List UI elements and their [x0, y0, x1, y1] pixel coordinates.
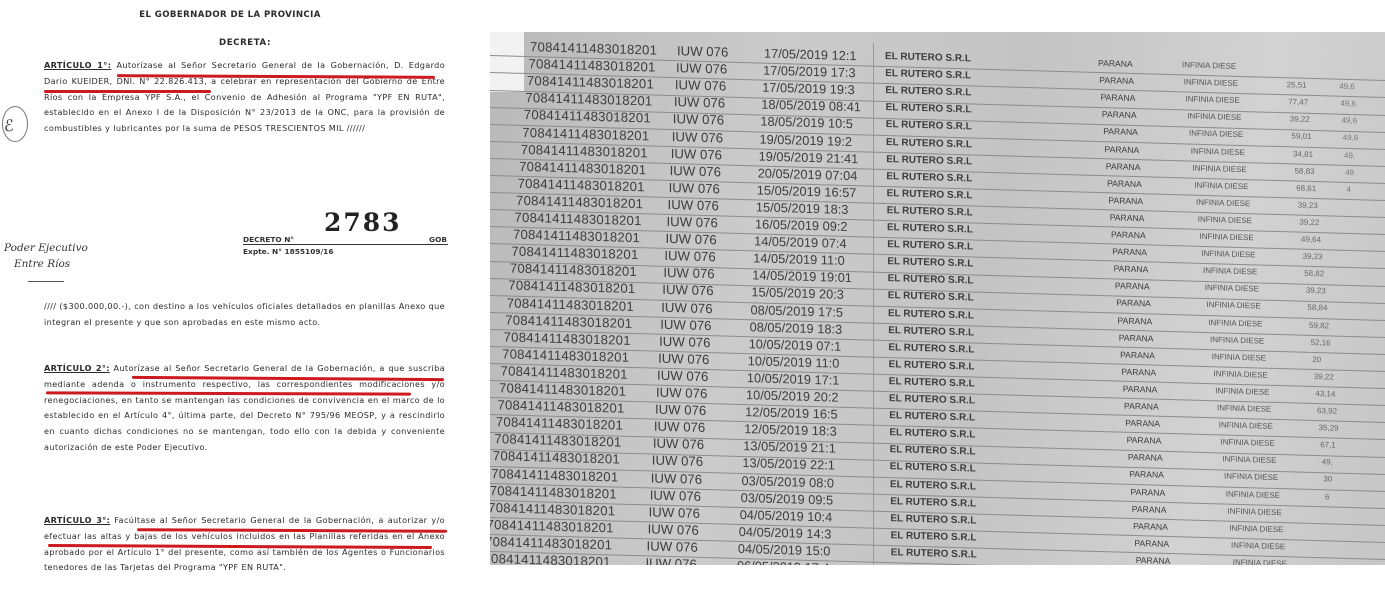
cell-city: PARANA — [1119, 332, 1154, 343]
cell-city: PARANA — [1132, 504, 1167, 515]
cell-station: EL RUTERO S.R.L — [885, 85, 971, 98]
cell-date: 10/05/2019 11:0 — [748, 353, 840, 371]
cell-plate: IUW 076 — [671, 146, 722, 162]
cell-station: EL RUTERO S.R.L — [888, 273, 974, 286]
cell-station: EL RUTERO S.R.L — [887, 256, 973, 269]
cell-station: EL RUTERO S.R.L — [886, 137, 972, 150]
cell-amount: 63,92 — [1317, 406, 1337, 416]
cell-plate: IUW 076 — [668, 197, 719, 213]
cell-city: PARANA — [1134, 538, 1169, 549]
cell-city: PARANA — [1118, 315, 1153, 326]
cell-product: INFINIA DIESE — [1201, 249, 1255, 260]
cell-amount: 49, — [1322, 458, 1333, 467]
cell-amount: 30 — [1323, 475, 1332, 484]
cell-city: PARANA — [1101, 92, 1136, 103]
cell-station: EL RUTERO S.R.L — [890, 479, 976, 492]
cell-station: EL RUTERO S.R.L — [888, 291, 974, 304]
cell-price: 49,6 — [1340, 99, 1356, 108]
letterhead-line-1: Poder Ejecutivo — [4, 242, 88, 254]
cell-plate: IUW 076 — [663, 265, 714, 281]
cell-station: EL RUTERO S.R.L — [891, 530, 977, 543]
cell-plate: IUW 076 — [657, 368, 708, 384]
cell-amount: 25,51 — [1287, 80, 1307, 90]
cell-station: EL RUTERO S.R.L — [891, 564, 977, 565]
decree-number-label: DECRETO N° — [243, 235, 294, 244]
cell-product: INFINIA DIESE — [1194, 180, 1248, 191]
cell-station: EL RUTERO S.R.L — [890, 462, 976, 475]
cell-product: INFINIA DIESE — [1205, 283, 1259, 294]
cell-date: 18/05/2019 10:5 — [760, 114, 853, 132]
cell-city: PARANA — [1098, 58, 1133, 69]
cell-date: 10/05/2019 07:1 — [749, 336, 842, 354]
cell-product: INFINIA DIESE — [1215, 386, 1269, 397]
cell-plate: IUW 076 — [647, 538, 698, 554]
cell-date: 03/05/2019 09:5 — [741, 490, 834, 508]
article-1-label: ARTÍCULO 1°: — [44, 60, 111, 70]
cell-amount: 58,83 — [1295, 166, 1315, 176]
cell-product: INFINIA DIESE — [1219, 420, 1273, 431]
cell-city: PARANA — [1099, 75, 1134, 86]
cell-product: INFINIA DIESE — [1191, 146, 1245, 157]
cell-city: PARANA — [1102, 109, 1137, 120]
decree-subheading: DECRETA: — [0, 38, 460, 48]
cell-plate: IUW 076 — [656, 385, 707, 401]
cell-date: 12/05/2019 18:3 — [744, 421, 837, 439]
cell-city: PARANA — [1127, 435, 1162, 446]
cell-city: PARANA — [1120, 349, 1155, 360]
cell-station: EL RUTERO S.R.L — [889, 376, 975, 389]
cell-product: INFINIA DIESE — [1200, 232, 1254, 243]
cell-amount: 59,01 — [1291, 132, 1311, 142]
cell-date: 08/05/2019 18:3 — [750, 319, 843, 337]
cell-city: PARANA — [1129, 469, 1164, 480]
cell-date: 10/05/2019 20:2 — [746, 387, 839, 405]
cell-station: EL RUTERO S.R.L — [888, 325, 974, 338]
cell-amount: 58,82 — [1304, 269, 1324, 279]
cell-plate: IUW 076 — [672, 129, 723, 145]
cell-station: EL RUTERO S.R.L — [888, 342, 974, 355]
cell-date: 15/05/2019 18:3 — [756, 199, 849, 217]
cell-plate: IUW 076 — [677, 43, 728, 59]
cell-plate: IUW 076 — [660, 316, 711, 332]
cell-city: PARANA — [1131, 486, 1166, 497]
decree-scan: EL GOBERNADOR DE LA PROVINCIA DECRETA: ℰ… — [0, 0, 460, 604]
cell-plate: IUW 076 — [649, 504, 700, 520]
seal-emblem-icon: ℰ — [4, 116, 14, 135]
cell-card: 70841411483018201 — [490, 551, 611, 565]
cell-product: INFINIA DIESE — [1208, 318, 1262, 329]
cell-date: 18/05/2019 08:41 — [761, 97, 861, 115]
cell-city: PARANA — [1112, 246, 1147, 257]
article-1-text: Autorízase al Señor Secretario General d… — [44, 60, 445, 133]
cell-amount: 20 — [1312, 355, 1321, 364]
cell-price: 49,6 — [1343, 133, 1359, 142]
cell-date: 06/05/2019 17:4 — [737, 558, 830, 565]
cell-plate: IUW 076 — [674, 94, 725, 110]
cell-date: 14/05/2019 07:4 — [754, 233, 847, 251]
cell-city: PARANA — [1105, 144, 1140, 155]
cell-plate: IUW 076 — [658, 350, 709, 366]
cell-plate: IUW 076 — [646, 555, 697, 565]
cell-amount: 39,22 — [1314, 372, 1334, 382]
cell-plate: IUW 076 — [673, 111, 724, 127]
cell-date: 04/05/2019 15:0 — [738, 541, 831, 559]
cell-city: PARANA — [1121, 366, 1156, 377]
cell-amount: 77,47 — [1288, 97, 1308, 107]
cell-station: EL RUTERO S.R.L — [888, 308, 974, 321]
cell-date: 17/05/2019 12:1 — [764, 46, 857, 64]
cell-product: INFINIA DIESE — [1193, 163, 1247, 174]
cell-price: 49,6 — [1342, 116, 1358, 125]
cell-date: 17/05/2019 19:3 — [762, 80, 855, 98]
cell-station: EL RUTERO S.R.L — [887, 222, 973, 235]
cell-city: PARANA — [1111, 229, 1146, 240]
cell-date: 15/05/2019 20:3 — [751, 285, 844, 303]
cell-station: EL RUTERO S.R.L — [887, 188, 973, 201]
cell-plate: IUW 076 — [652, 453, 703, 469]
cell-product: INFINIA DIESE — [1187, 112, 1241, 123]
highlight-underline — [44, 90, 211, 93]
cell-plate: IUW 076 — [651, 470, 702, 486]
cell-plate: IUW 076 — [664, 248, 715, 264]
cell-product: INFINIA DIESE — [1198, 215, 1252, 226]
cell-amount: 39,23 — [1306, 286, 1326, 296]
cell-product: INFINIA DIESE — [1207, 300, 1261, 311]
cell-city: PARANA — [1114, 264, 1149, 275]
cell-product: INFINIA DIESE — [1212, 352, 1266, 363]
cell-plate: IUW 076 — [650, 487, 701, 503]
cell-price: 49, — [1344, 150, 1355, 159]
cell-station: EL RUTERO S.R.L — [885, 68, 971, 81]
cell-plate: IUW 076 — [670, 163, 721, 179]
cell-station: EL RUTERO S.R.L — [889, 393, 975, 406]
cell-product: INFINIA DIESE — [1186, 95, 1240, 106]
article-2-label: ARTÍCULO 2°: — [44, 363, 110, 373]
cell-plate: IUW 076 — [667, 214, 718, 230]
cell-plate: IUW 076 — [648, 521, 699, 537]
cell-city: PARANA — [1110, 212, 1145, 223]
cell-station: EL RUTERO S.R.L — [886, 171, 972, 184]
cell-date: 15/05/2019 16:57 — [757, 182, 857, 200]
cell-city: PARANA — [1107, 178, 1142, 189]
cell-amount: 6 — [1325, 492, 1329, 501]
cell-station: EL RUTERO S.R.L — [890, 496, 976, 509]
cell-product: INFINIA DIESE — [1184, 77, 1238, 88]
cell-date: 08/05/2019 17:5 — [751, 302, 844, 320]
cell-product: INFINIA DIESE — [1210, 335, 1264, 346]
cell-city: PARANA — [1115, 281, 1150, 292]
cell-amount: 39,22 — [1290, 115, 1310, 125]
cell-plate: IUW 076 — [654, 419, 705, 435]
cell-plate: IUW 076 — [653, 436, 704, 452]
cell-station: EL RUTERO S.R.L — [886, 154, 972, 167]
cell-amount: 58,84 — [1307, 303, 1327, 313]
expediente-number: Expte. N° 1855109/16 — [243, 247, 333, 256]
cell-date: 04/05/2019 10:4 — [740, 507, 833, 525]
article-1: ARTÍCULO 1°: Autorízase al Señor Secreta… — [44, 58, 445, 137]
fuel-transactions-table: 70841411483018201IUW 07617/05/2019 12:1E… — [490, 32, 1385, 565]
cell-amount: 39,22 — [1299, 217, 1319, 227]
cell-price: 4 — [1346, 185, 1350, 194]
cell-plate: IUW 076 — [669, 180, 720, 196]
cell-station: EL RUTERO S.R.L — [890, 513, 976, 526]
cell-plate: IUW 076 — [676, 60, 727, 76]
cell-city: PARANA — [1125, 418, 1160, 429]
cell-station: EL RUTERO S.R.L — [886, 119, 972, 132]
cell-date: 03/05/2019 08:0 — [742, 473, 835, 491]
cell-product: INFINIA DIESE — [1189, 129, 1243, 140]
cell-amount: 52,16 — [1311, 338, 1331, 348]
cell-date: 14/05/2019 19:01 — [752, 268, 852, 286]
cell-station: EL RUTERO S.R.L — [889, 427, 975, 440]
decree-heading: EL GOBERNADOR DE LA PROVINCIA — [0, 10, 460, 20]
cell-product: INFINIA DIESE — [1214, 369, 1268, 380]
cell-date: 20/05/2019 07:04 — [758, 165, 858, 183]
cell-station: EL RUTERO S.R.L — [886, 102, 972, 115]
cell-product: INFINIA DIESE — [1231, 540, 1285, 551]
cell-amount: 59,82 — [1309, 320, 1329, 330]
cell-product: INFINIA DIESE — [1203, 266, 1257, 277]
cell-station: EL RUTERO S.R.L — [885, 51, 971, 64]
cell-station: EL RUTERO S.R.L — [889, 359, 975, 372]
cell-station: EL RUTERO S.R.L — [889, 410, 975, 423]
cell-product: INFINIA DIESE — [1222, 455, 1276, 466]
cell-amount: 39,23 — [1298, 200, 1318, 210]
cell-amount: 35,29 — [1319, 423, 1339, 433]
cell-product: INFINIA DIESE — [1221, 438, 1275, 449]
cell-amount: 34,81 — [1293, 149, 1313, 159]
photo-background — [1010, 24, 1385, 32]
cell-price: 49,6 — [1339, 82, 1355, 91]
cell-product: INFINIA DIESE — [1217, 403, 1271, 414]
cell-date: 13/05/2019 22:1 — [742, 455, 835, 473]
cell-amount: 67,1 — [1320, 440, 1336, 449]
cell-amount: 49,64 — [1301, 235, 1321, 245]
cell-date: 16/05/2019 09:2 — [755, 216, 848, 234]
cell-city: PARANA — [1123, 384, 1158, 395]
cell-city: PARANA — [1108, 195, 1143, 206]
cell-amount: 68,61 — [1296, 183, 1316, 193]
cell-product: INFINIA DIESE — [1196, 198, 1250, 209]
cell-city: PARANA — [1133, 521, 1168, 532]
cell-plate: IUW 076 — [665, 231, 716, 247]
cell-plate: IUW 076 — [662, 282, 713, 298]
cell-amount: 39,23 — [1303, 252, 1323, 262]
cell-product: INFINIA DIESE — [1182, 60, 1236, 71]
continuation-paragraph: //// ($300.000,00.-), con destino a los … — [44, 299, 445, 331]
spreadsheet-photo: 70841411483018201IUW 07617/05/2019 12:1E… — [490, 32, 1385, 565]
cell-product: INFINIA DIESE — [1229, 523, 1283, 534]
cell-city: PARANA — [1116, 298, 1151, 309]
decree-number-rule — [243, 244, 448, 245]
cell-plate: IUW 076 — [675, 77, 726, 93]
cell-product: INFINIA DIESE — [1226, 489, 1280, 500]
cell-product: INFINIA DIESE — [1228, 506, 1282, 517]
cell-city: PARANA — [1106, 161, 1141, 172]
cell-product: INFINIA DIESE — [1224, 472, 1278, 483]
cell-station: EL RUTERO S.R.L — [887, 205, 973, 218]
cell-plate: IUW 076 — [659, 333, 710, 349]
cell-date: 13/05/2019 21:1 — [743, 438, 836, 456]
cell-station: EL RUTERO S.R.L — [887, 239, 973, 252]
letterhead-line-2: Entre Ríos — [14, 258, 70, 270]
cell-city: PARANA — [1103, 127, 1138, 138]
cell-date: 10/05/2019 17:1 — [747, 370, 840, 388]
decree-number-suffix: GOB — [429, 235, 447, 244]
cell-date: 14/05/2019 11:0 — [753, 251, 845, 269]
cell-station: EL RUTERO S.R.L — [891, 547, 977, 560]
cell-date: 19/05/2019 21:41 — [759, 148, 859, 166]
letterhead-divider — [28, 281, 64, 282]
cell-product: INFINIA DIESE — [1233, 558, 1287, 565]
decree-number: 2783 — [324, 208, 402, 237]
cell-date: 04/05/2019 14:3 — [739, 524, 832, 542]
cell-city: PARANA — [1128, 452, 1163, 463]
cell-plate: IUW 076 — [655, 402, 706, 418]
cell-city: PARANA — [1136, 555, 1171, 565]
cell-station: EL RUTERO S.R.L — [890, 444, 976, 457]
article-2: ARTÍCULO 2°: Autorízase al Señor Secreta… — [44, 361, 445, 456]
cell-date: 19/05/2019 19:2 — [760, 131, 853, 149]
cell-date: 17/05/2019 17:3 — [763, 63, 856, 81]
article-3-label: ARTÍCULO 3°: — [44, 515, 110, 525]
cell-plate: IUW 076 — [661, 299, 712, 315]
cell-amount: 43,14 — [1315, 389, 1335, 399]
cell-price: 49 — [1345, 167, 1354, 176]
cell-city: PARANA — [1124, 401, 1159, 412]
cell-date: 12/05/2019 16:5 — [745, 404, 838, 422]
